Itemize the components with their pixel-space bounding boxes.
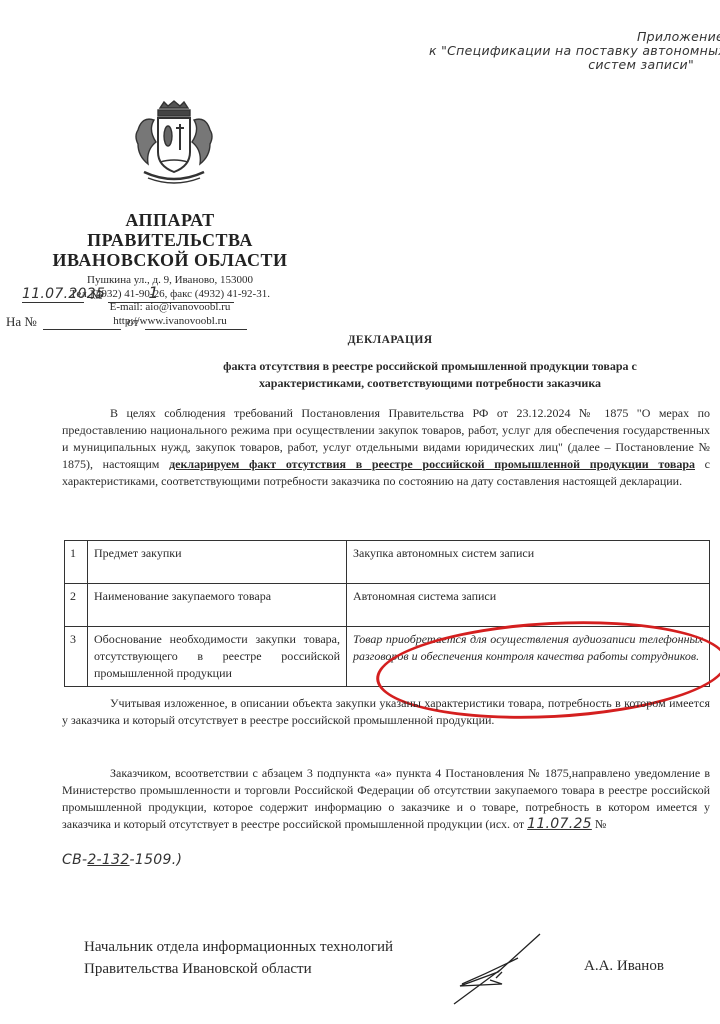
notification-number-label: № — [592, 817, 606, 831]
number-label: № — [90, 287, 102, 303]
outgoing-date-line: 11.07.2025 № 1 — [22, 286, 234, 303]
ref-number-blank — [43, 315, 121, 330]
handwritten-signature-icon — [440, 928, 560, 1008]
paragraph-text: Заказчиком, всоответствии с абзацем 3 по… — [62, 766, 710, 831]
signer-name: А.А. Иванов — [584, 958, 664, 975]
subtitle-line: факта отсутствия в реестре российской пр… — [150, 358, 710, 375]
coat-of-arms-icon — [130, 100, 218, 190]
letterhead: АППАРАТ ПРАВИТЕЛЬСТВА ИВАНОВСКОЙ ОБЛАСТИ… — [0, 210, 340, 328]
row-number: 1 — [65, 541, 88, 584]
reference-line: На № от — [6, 314, 247, 330]
signer-position: Начальник отдела информационных технолог… — [84, 936, 393, 980]
outgoing-date: 11.07.2025 — [22, 286, 84, 303]
org-name-line: ИВАНОВСКОЙ ОБЛАСТИ — [0, 250, 340, 270]
paragraph-conclusion: Учитывая изложенное, в описании объекта … — [62, 695, 710, 729]
position-line: Правительства Ивановской области — [84, 958, 393, 980]
ref-mid: 2-132 — [87, 852, 129, 868]
handwritten-annotation: Приложение к "Спецификации на поставку а… — [426, 30, 720, 72]
row-label: Наименование закупаемого товара — [88, 584, 347, 627]
outgoing-number-field: 1 — [108, 286, 234, 303]
ref-from-label: от — [127, 314, 139, 330]
org-name-line: АППАРАТ — [0, 210, 340, 230]
ref-number-label: На № — [6, 314, 37, 330]
paragraph-notification: Заказчиком, всоответствии с абзацем 3 по… — [62, 765, 710, 833]
emphasized-text: декларируем факт отсутствия в реестре ро… — [169, 457, 695, 471]
row-number: 3 — [65, 627, 88, 687]
paragraph-text: Учитывая изложенное, в описании объекта … — [62, 696, 710, 727]
org-email: E-mail: aio@ivanovoobl.ru — [0, 301, 340, 315]
subtitle-line: характеристиками, соответствующими потре… — [150, 375, 710, 392]
row-value: Автономная система записи — [347, 584, 710, 627]
row-value: Закупка автономных систем записи — [347, 541, 710, 584]
ref-date-blank — [145, 315, 247, 330]
outgoing-number: 1 — [148, 283, 158, 302]
position-line: Начальник отдела информационных технолог… — [84, 936, 393, 958]
annotation-line: Приложение — [426, 30, 720, 44]
table-row: 1 Предмет закупки Закупка автономных сис… — [65, 541, 710, 584]
document-subtitle: факта отсутствия в реестре российской пр… — [150, 358, 710, 392]
row-label: Обоснование необходимости закупки товара… — [88, 627, 347, 687]
paragraph-declaration: В целях соблюдения требований Постановле… — [62, 405, 710, 490]
ref-prefix: СВ- — [62, 852, 87, 868]
notification-ref-number: СВ-2-132-1509.) — [62, 852, 182, 868]
document-title: ДЕКЛАРАЦИЯ — [0, 334, 720, 346]
ref-suffix: -1509.) — [130, 852, 183, 868]
org-name-line: ПРАВИТЕЛЬСТВА — [0, 230, 340, 250]
notification-date: 11.07.25 — [527, 816, 592, 832]
row-label: Предмет закупки — [88, 541, 347, 584]
row-number: 2 — [65, 584, 88, 627]
table-row: 2 Наименование закупаемого товара Автоно… — [65, 584, 710, 627]
annotation-line: к "Спецификации на поставку автономных — [426, 44, 720, 58]
annotation-line: систем записи" — [426, 58, 720, 72]
